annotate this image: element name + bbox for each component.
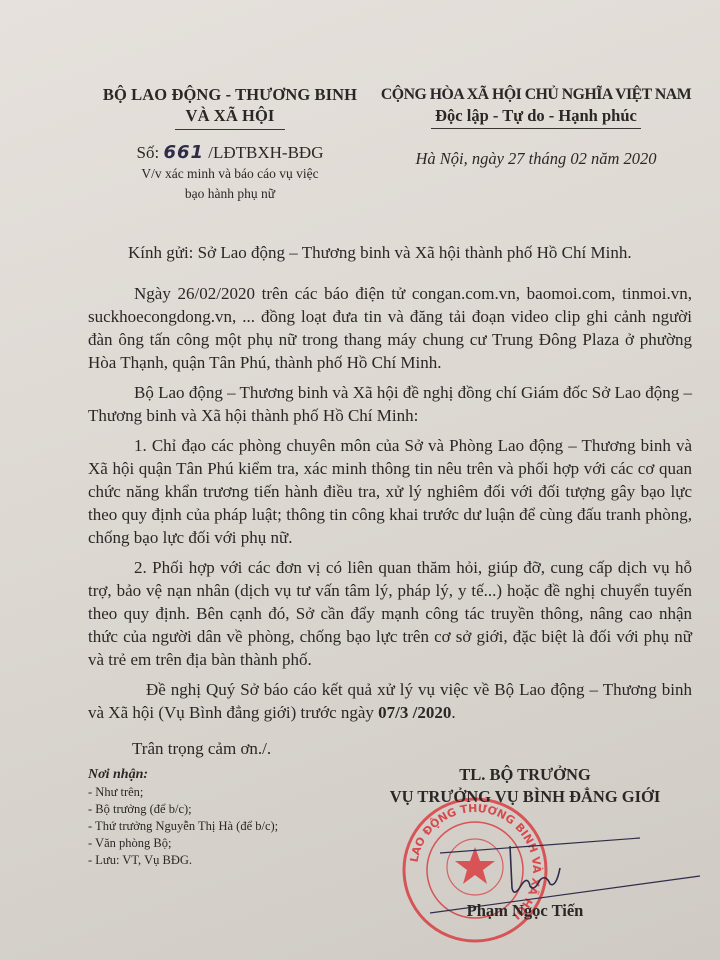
body-paragraph-3: 1. Chỉ đạo các phòng chuyên môn của Sở v… [88, 434, 692, 549]
issuing-agency-header: BỘ LAO ĐỘNG - THƯƠNG BINH VÀ XÃ HỘI Số: … [80, 84, 380, 203]
signer-authority: TL. BỘ TRƯỞNG [360, 764, 690, 786]
body-paragraph-2: Bộ Lao động – Thương binh và Xã hội đề n… [88, 381, 692, 427]
document-number: Số: 661 /LĐTBXH-BĐG [80, 142, 380, 163]
national-header: CỘNG HÒA XÃ HỘI CHỦ NGHĨA VIỆT NAM Độc l… [378, 84, 694, 169]
recipients-list: Nơi nhận: - Như trên; - Bộ trưởng (để b/… [88, 766, 278, 869]
letter-body: Ngày 26/02/2020 trên các báo điện tử con… [88, 282, 692, 731]
document-page: BỘ LAO ĐỘNG - THƯƠNG BINH VÀ XÃ HỘI Số: … [0, 0, 720, 960]
agency-name-line1: BỘ LAO ĐỘNG - THƯƠNG BINH [80, 84, 380, 105]
signer-title: VỤ TRƯỞNG VỤ BÌNH ĐẲNG GIỚI [360, 786, 690, 808]
place-date: Hà Nội, ngày 27 tháng 02 năm 2020 [378, 149, 694, 169]
recipient-item: - Lưu: VT, Vụ BĐG. [88, 852, 278, 869]
paragraph-end: . [451, 703, 455, 722]
recipient-item: - Thứ trưởng Nguyễn Thị Hà (để b/c); [88, 818, 278, 835]
nation-title: CỘNG HÒA XÃ HỘI CHỦ NGHĨA VIỆT NAM [378, 84, 694, 105]
closing-remark: Trân trọng cảm ơn./. [132, 739, 271, 759]
body-paragraph-4: 2. Phối hợp với các đơn vị có liên quan … [88, 556, 692, 671]
subject-line2: bạo hành phụ nữ [80, 185, 380, 203]
signature-block: TL. BỘ TRƯỞNG VỤ TRƯỞNG VỤ BÌNH ĐẲNG GIỚ… [360, 764, 690, 808]
deadline-date: 07/3 /2020 [378, 703, 451, 722]
agency-underline [175, 129, 285, 130]
recipient-item: - Như trên; [88, 784, 278, 801]
handwritten-number: 661 [163, 142, 204, 163]
addressee-line: Kính gửi: Sở Lao động – Thương binh và X… [128, 243, 632, 263]
national-motto: Độc lập - Tự do - Hạnh phúc [378, 105, 694, 127]
recipient-item: - Bộ trưởng (để b/c); [88, 801, 278, 818]
motto-underline [431, 128, 641, 129]
body-paragraph-5: Đề nghị Quý Sở báo cáo kết quả xử lý vụ … [88, 678, 692, 724]
number-suffix: /LĐTBXH-BĐG [208, 143, 323, 162]
recipients-title: Nơi nhận: [88, 766, 278, 783]
recipient-item: - Văn phòng Bộ; [88, 835, 278, 852]
signer-name: Phạm Ngọc Tiến [415, 901, 635, 921]
agency-name-line2: VÀ XÃ HỘI [80, 105, 380, 126]
body-paragraph-1: Ngày 26/02/2020 trên các báo điện tử con… [88, 282, 692, 374]
subject-line1: V/v xác minh và báo cáo vụ việc [80, 165, 380, 183]
number-prefix: Số: [137, 143, 160, 162]
